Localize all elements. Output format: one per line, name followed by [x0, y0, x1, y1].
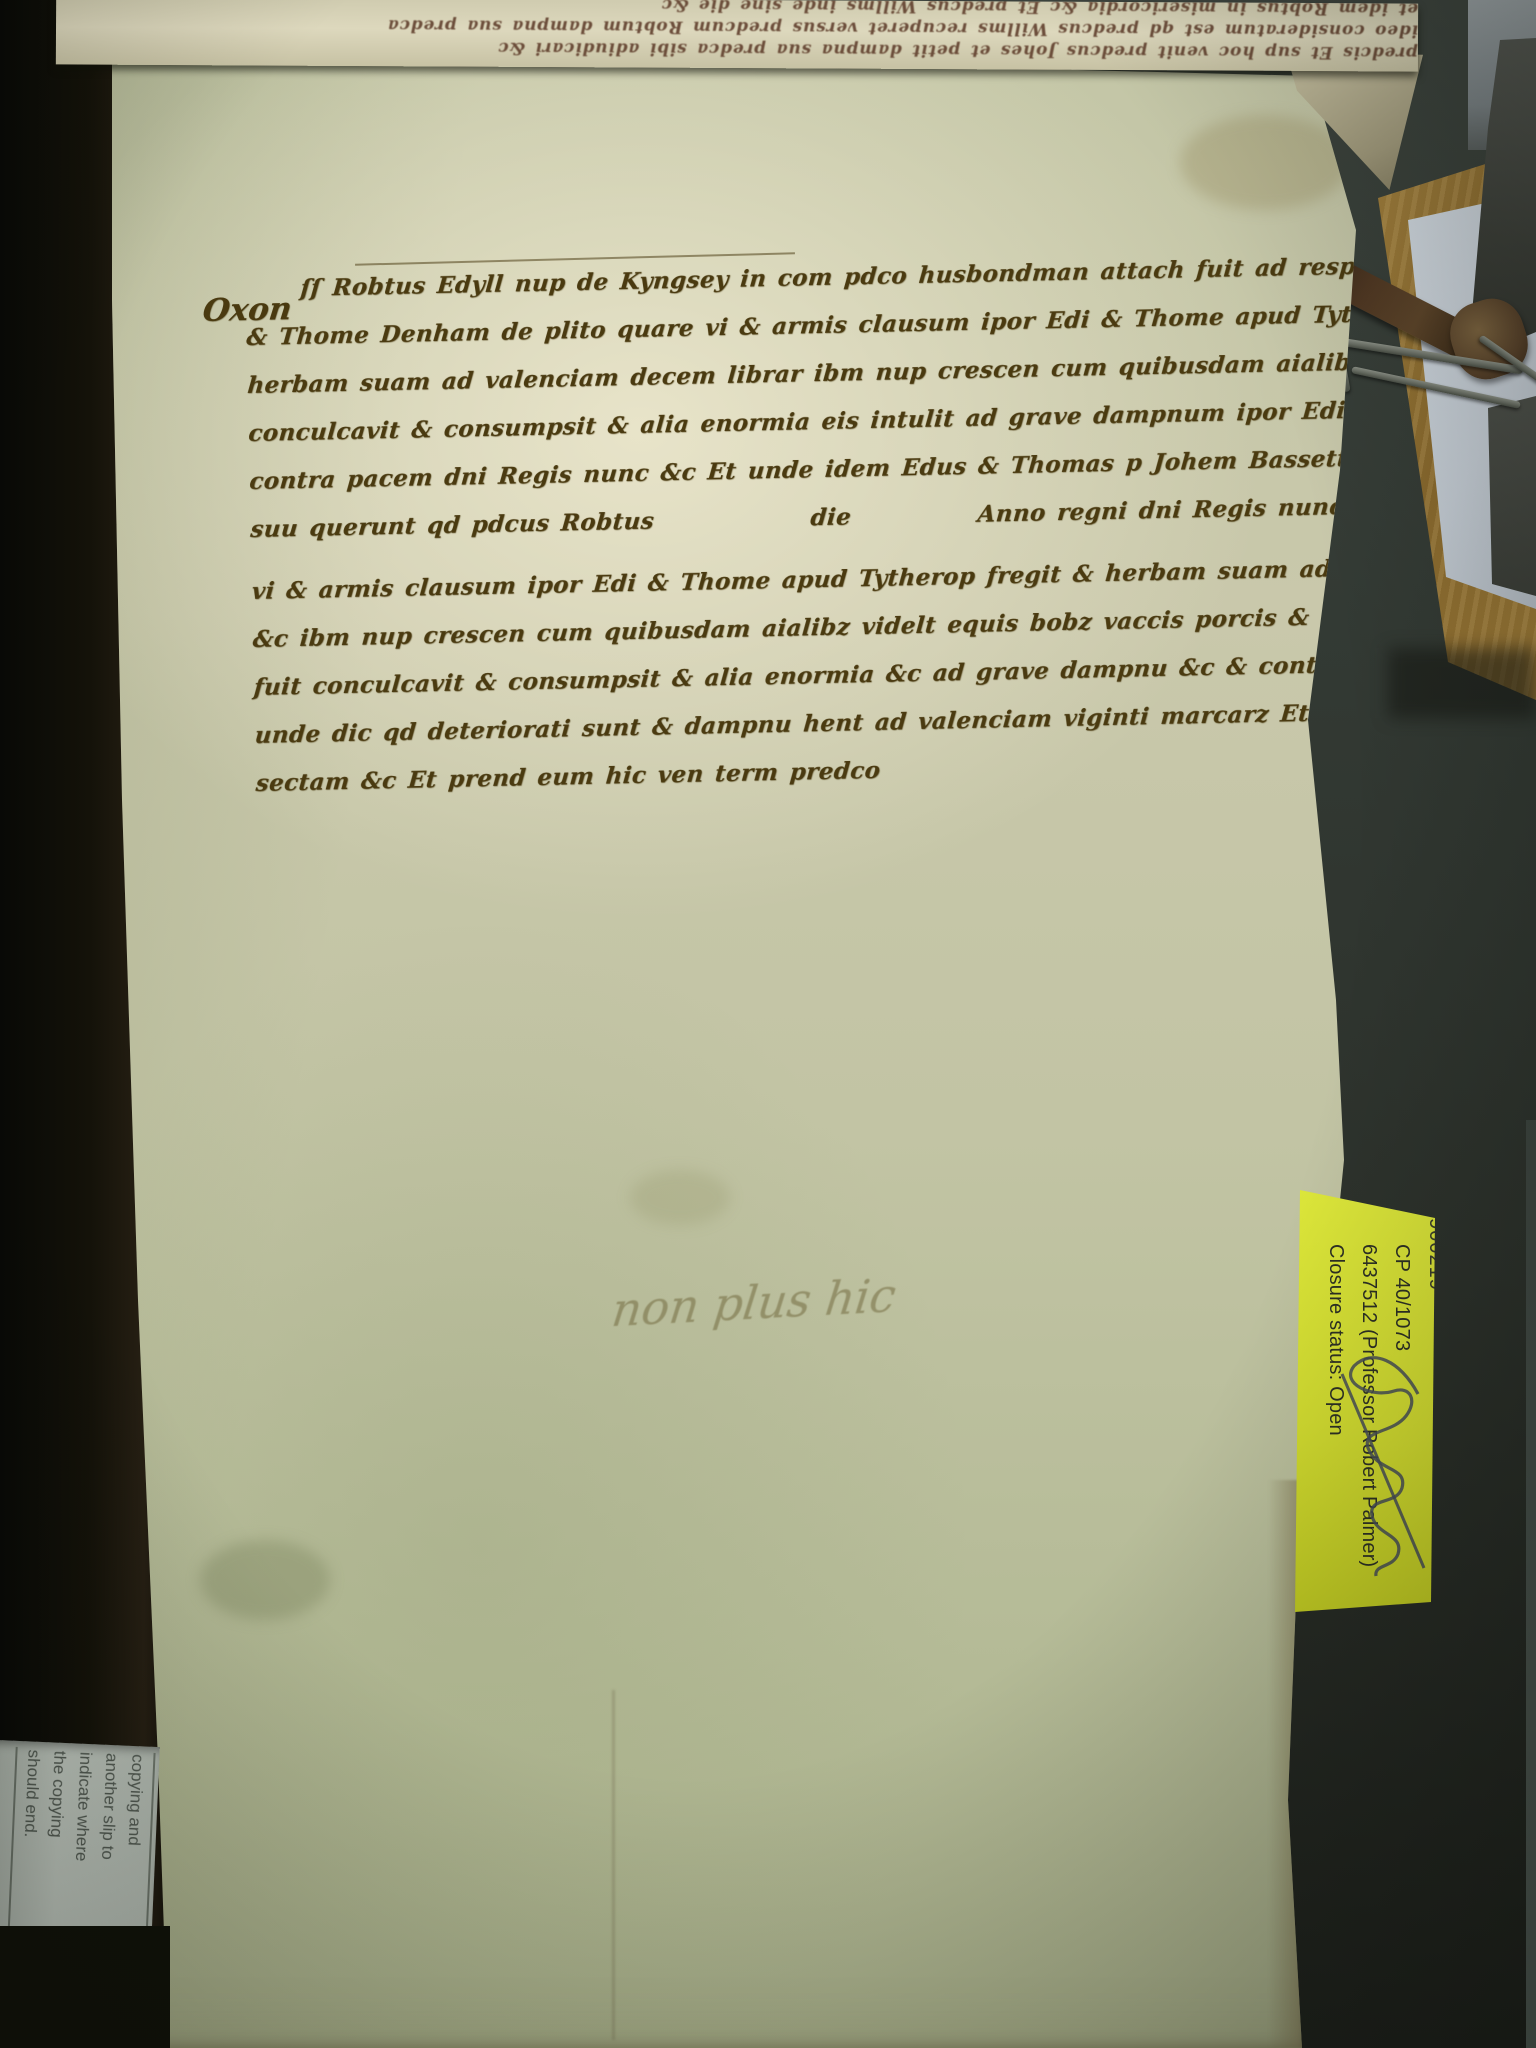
faint-non-plus-inscription: non plus hic [609, 1261, 1045, 1338]
plea-entry-paragraph-2: vi & armis clausum ipor Edi & Thome apud… [251, 545, 1351, 808]
inverted-script-block: predcis Et sup hoc venit predcus Johes e… [56, 0, 1418, 64]
parchment-stain [630, 1170, 730, 1225]
regnal-year-clause: Anno regni dni Regis nunc [976, 483, 1346, 539]
sticky-note-text-block: 1900219 CP 40/1073 6437512 (Professor Ro… [1294, 1186, 1436, 1618]
parchment-membrane: Oxon ſſ Robtus Edyll nup de Kyngsey in c… [0, 0, 1536, 2048]
support-block-mid [1484, 396, 1536, 596]
copy-end-slip: copying and another slip to indicate whe… [0, 1740, 160, 1939]
parchment-stain [1180, 115, 1350, 210]
manuscript-segment: suu querunt qd pdcus Robtus [248, 497, 656, 554]
parchment-crease [612, 1690, 615, 2040]
plea-entry: Oxon ſſ Robtus Edyll nup de Kyngsey in c… [150, 243, 1351, 810]
parchment-stain [200, 1540, 330, 1620]
blank-date-word: die [808, 493, 853, 542]
background-edge-strip [1526, 1120, 1536, 2048]
previous-membrane-strip: predcis Et sup hoc venit predcus Johes e… [56, 0, 1418, 72]
wooden-stand-shadow [1388, 648, 1536, 718]
plea-entry-paragraph-1: ſſ Robtus Edyll nup de Kyngsey in com pd… [245, 243, 1346, 554]
archival-sticky-note: 1900219 CP 40/1073 6437512 (Professor Ro… [1294, 1186, 1436, 1618]
shadow-below-slip [0, 1926, 170, 2048]
copy-slip-text-block: copying and another slip to indicate whe… [0, 1740, 160, 1939]
handwritten-signature [1316, 1336, 1434, 1596]
manuscript-photo: Oxon ſſ Robtus Edyll nup de Kyngsey in c… [0, 0, 1536, 2048]
